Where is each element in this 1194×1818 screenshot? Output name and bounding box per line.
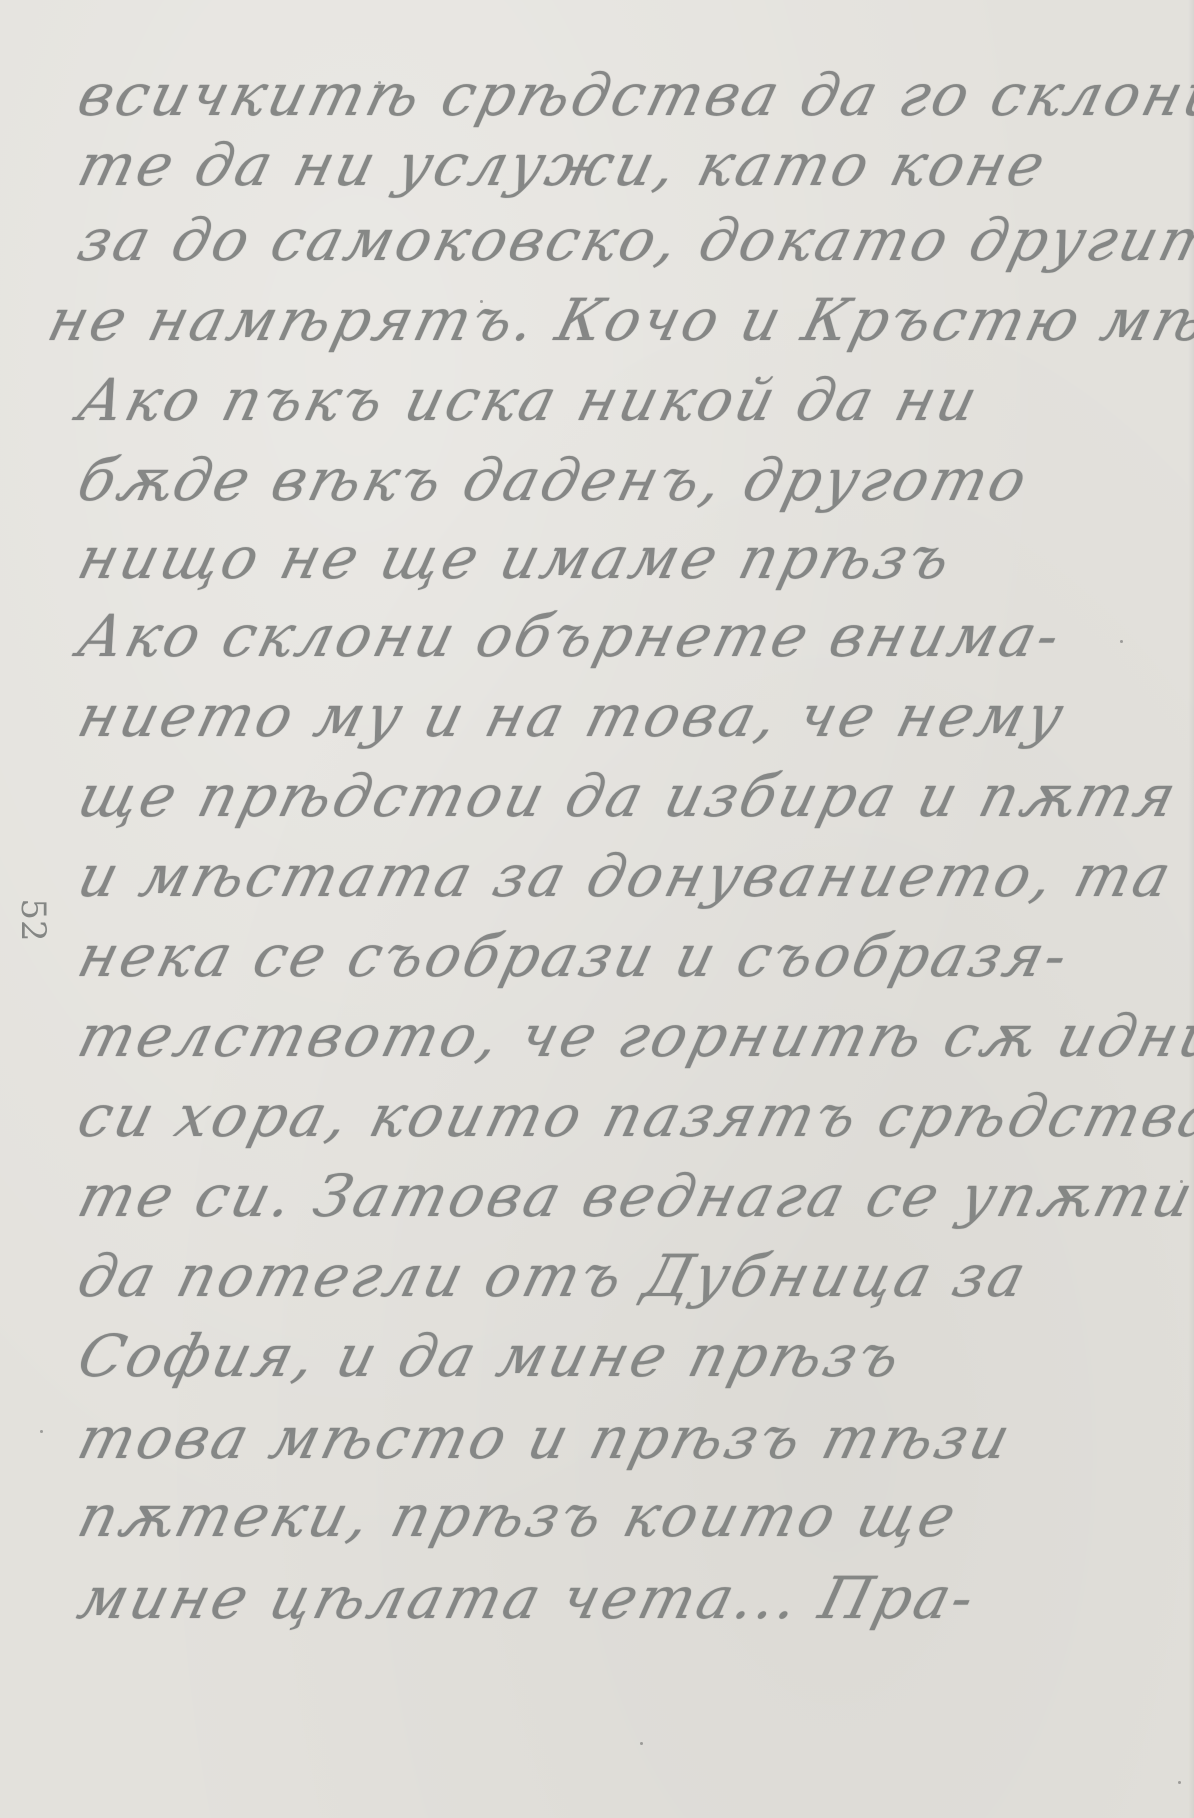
- manuscript-line: да потегли отъ Дубница за: [70, 1236, 1194, 1316]
- manuscript-line: всичкитѣ срѣдства да го склони-: [70, 55, 1194, 135]
- manuscript-line: Ако пъкъ иска никой да ни: [70, 360, 1194, 440]
- manuscript-line: не намѣрятъ. Кочо и Кръстю мѣстото: [40, 280, 1170, 360]
- manuscript-line: бѫде вѣкъ даденъ, другото: [70, 440, 1194, 520]
- manuscript-line: нието му и на това, че нему: [70, 676, 1194, 756]
- manuscript-line: си хора, които пазятъ срѣдства: [70, 1076, 1194, 1156]
- manuscript-line: и мѣстата за донуванието, та: [70, 836, 1194, 916]
- manuscript-line: нека се съобрази и съобразя-: [70, 916, 1194, 996]
- manuscript-line: пѫтеки, прѣзъ които ще: [70, 1476, 1194, 1556]
- manuscript-line: те си. Затова веднага се упѫти: [70, 1156, 1194, 1236]
- manuscript-line: София, и да мине прѣзъ: [70, 1316, 1194, 1396]
- manuscript-line: мине цѣлата чета... Пра-: [70, 1558, 1194, 1638]
- manuscript-line: това мѣсто и прѣзъ тѣзи: [70, 1398, 1194, 1478]
- manuscript-line: нищо не ще имаме прѣзъ: [70, 518, 1194, 598]
- manuscript-line: за до самоковско, докато другитѣ: [70, 200, 1194, 280]
- manuscript-text: всичкитѣ срѣдства да го склони- те да ни…: [0, 0, 1194, 1818]
- manuscript-line: Ако склони обърнете внима-: [70, 596, 1194, 676]
- manuscript-line: телството, че горнитѣ сѫ идни: [70, 996, 1194, 1076]
- margin-page-number: 52: [0, 895, 73, 945]
- manuscript-line: ще прѣдстои да избира и пѫтя: [70, 756, 1194, 836]
- manuscript-line: те да ни услужи, като коне: [70, 125, 1194, 205]
